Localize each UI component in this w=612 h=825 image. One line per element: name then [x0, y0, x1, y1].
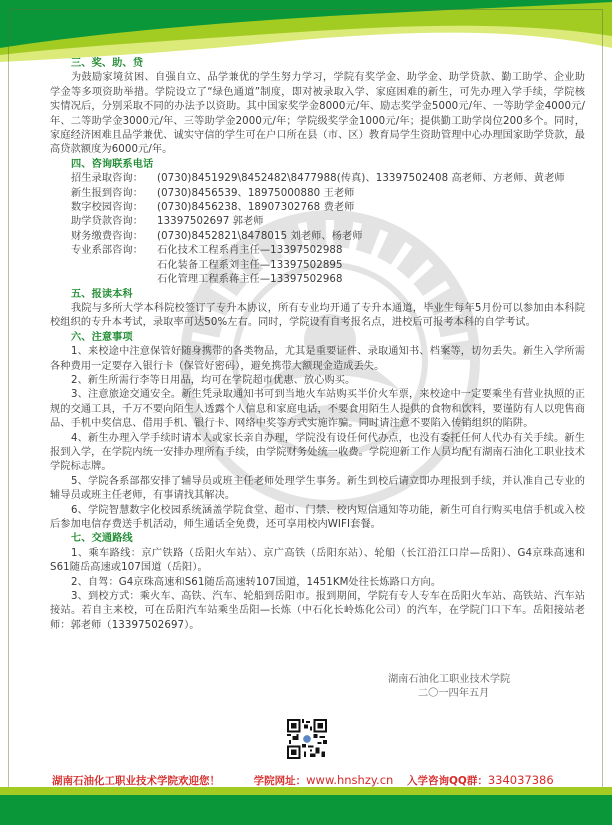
notice-item: 6、学院智慧数字化校园系统涵盖学院食堂、超市、门禁、校内短信通知等功能，新生可自…	[50, 504, 585, 533]
footer-green-band	[0, 795, 612, 825]
contact-value: (0730)8451929\8452482\8477988(传真)、133975…	[157, 172, 585, 186]
main-content: 三、奖、助、贷 为鼓励家境贫困、自强自立、品学兼优的学生努力学习，学院有奖学金、…	[50, 57, 585, 633]
contact-label: 助学贷款咨询：	[71, 215, 157, 229]
section-paragraph-bachelor: 我院与多所大学本科院校签订了专升本协议，所有专业均开通了专升本通道，毕业生每年5…	[50, 302, 585, 331]
notice-item: 2、新生所需行李等日用品，均可在学院超市优惠、放心购买。	[50, 374, 585, 388]
footer-welcome: 湖南石油化工职业技术学院欢迎您！	[52, 775, 220, 787]
footer-qq-label: 入学咨询QQ群：	[407, 775, 488, 787]
footer-qq-number: 334037386	[488, 773, 554, 787]
signature-block: 湖南石油化工职业技术学院 二〇一四年五月	[388, 673, 568, 701]
contact-value: (0730)8456238、18907302768 费老师	[157, 201, 585, 215]
transport-item: 3、到校方式：乘火车、高铁、汽车、轮船到岳阳市。报到期间，学院有专人专车在岳阳火…	[50, 590, 585, 633]
contact-value: 13397502697 郭老师	[157, 215, 585, 229]
footer-info: 湖南石油化工职业技术学院欢迎您！ 学院网址：www.hnshzy.cn 入学咨询…	[52, 773, 572, 788]
signature-org: 湖南石油化工职业技术学院	[388, 673, 568, 687]
contact-row-finance: 财务缴费咨询： (0730)8452821\8478015 刘老师、杨老师	[71, 230, 585, 244]
section-heading-notices: 六、注意事项	[50, 331, 585, 345]
section-heading-contacts: 四、咨询联系电话	[50, 158, 585, 172]
contact-label: 招生录取咨询：	[71, 172, 157, 186]
qr-code-icon[interactable]	[287, 719, 327, 759]
section-heading-bachelor: 五、报读本科	[50, 288, 585, 302]
transport-item: 1、乘车路线：京广铁路（岳阳火车站）、京广高铁（岳阳东站）、轮船（长江沿江口岸—…	[50, 547, 585, 576]
footer-lime-stripe	[0, 787, 612, 795]
section-heading-scholarships: 三、奖、助、贷	[50, 57, 585, 71]
notice-item: 5、学院各系部都安排了辅导员或班主任老师处理学生事务。新生到校后请立即办理报到手…	[50, 475, 585, 504]
contact-value: 石化技术工程系肖主任—13397502988	[157, 244, 585, 258]
contact-row-student-loan: 助学贷款咨询： 13397502697 郭老师	[71, 215, 585, 229]
contact-list: 招生录取咨询： (0730)8451929\8452482\8477988(传真…	[50, 172, 585, 258]
transport-item: 2、自驾：G4京珠高速和S61随岳高速转107国道，1451KM处往长炼路口方向…	[50, 576, 585, 590]
department-contact: 石化管理工程系蒋主任—13397502968	[50, 273, 585, 287]
contact-row-digital-campus: 数字校园咨询： (0730)8456238、18907302768 费老师	[71, 201, 585, 215]
footer-site-label: 学院网址：	[254, 775, 307, 787]
contact-row-departments: 专业系部咨询： 石化技术工程系肖主任—13397502988	[71, 244, 585, 258]
department-contact: 石化装备工程系刘主任—13397502895	[50, 259, 585, 273]
contact-row-admission: 招生录取咨询： (0730)8451929\8452482\8477988(传真…	[71, 172, 585, 186]
contact-value: (0730)8456539、18975000880 王老师	[157, 187, 585, 201]
contact-row-registration: 新生报到咨询： (0730)8456539、18975000880 王老师	[71, 187, 585, 201]
contact-label: 财务缴费咨询：	[71, 230, 157, 244]
notice-item: 1、来校途中注意保管好随身携带的各类物品，尤其是重要证件、录取通知书、档案等，切…	[50, 345, 585, 374]
notice-item: 3、注意旅途交通安全。新生凭录取通知书可到当地火车站购买半价火车票，来校途中一定…	[50, 388, 585, 431]
section-paragraph-scholarships: 为鼓励家境贫困、自强自立、品学兼优的学生努力学习，学院有奖学金、助学金、助学贷款…	[50, 71, 585, 157]
contact-label: 专业系部咨询：	[71, 244, 157, 258]
contact-label: 新生报到咨询：	[71, 187, 157, 201]
signature-date: 二〇一四年五月	[388, 687, 568, 701]
section-heading-transport: 七、交通路线	[50, 532, 585, 546]
contact-value: (0730)8452821\8478015 刘老师、杨老师	[157, 230, 585, 244]
notice-item: 4、新生办理入学手续时请本人或家长亲自办理，学院没有设任何代办点，也没有委托任何…	[50, 432, 585, 475]
contact-label: 数字校园咨询：	[71, 201, 157, 215]
footer-site-link[interactable]: www.hnshzy.cn	[306, 773, 393, 787]
